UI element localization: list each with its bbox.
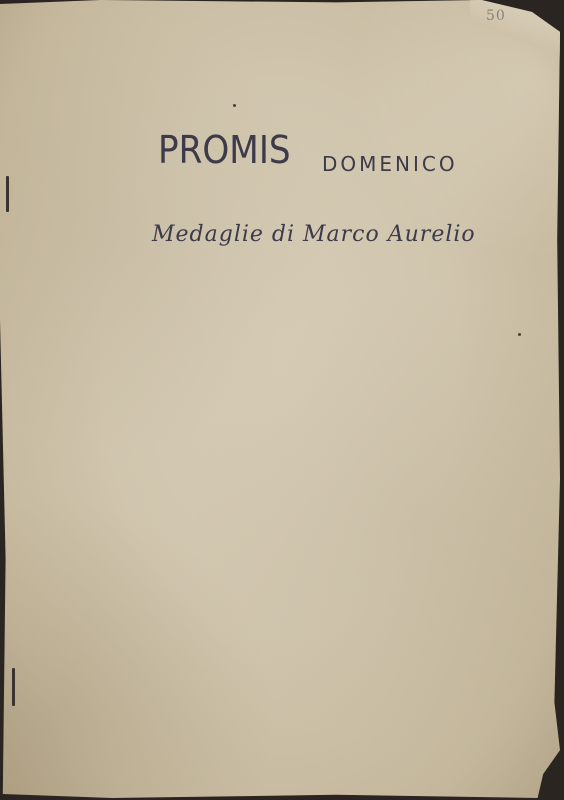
ink-speck xyxy=(233,104,236,107)
staple-bottom xyxy=(12,668,15,706)
document-subtitle: Medaglie di Marco Aurelio xyxy=(152,222,476,247)
page-number: 50 xyxy=(486,8,506,24)
ink-speck xyxy=(518,333,521,336)
author-surname: PROMIS xyxy=(158,128,291,172)
corner-fold xyxy=(470,0,560,60)
document-page: 50 PROMIS DOMENICO Medaglie di Marco Aur… xyxy=(0,0,560,798)
author-given-name: DOMENICO xyxy=(322,152,458,176)
staple-top xyxy=(6,176,9,212)
